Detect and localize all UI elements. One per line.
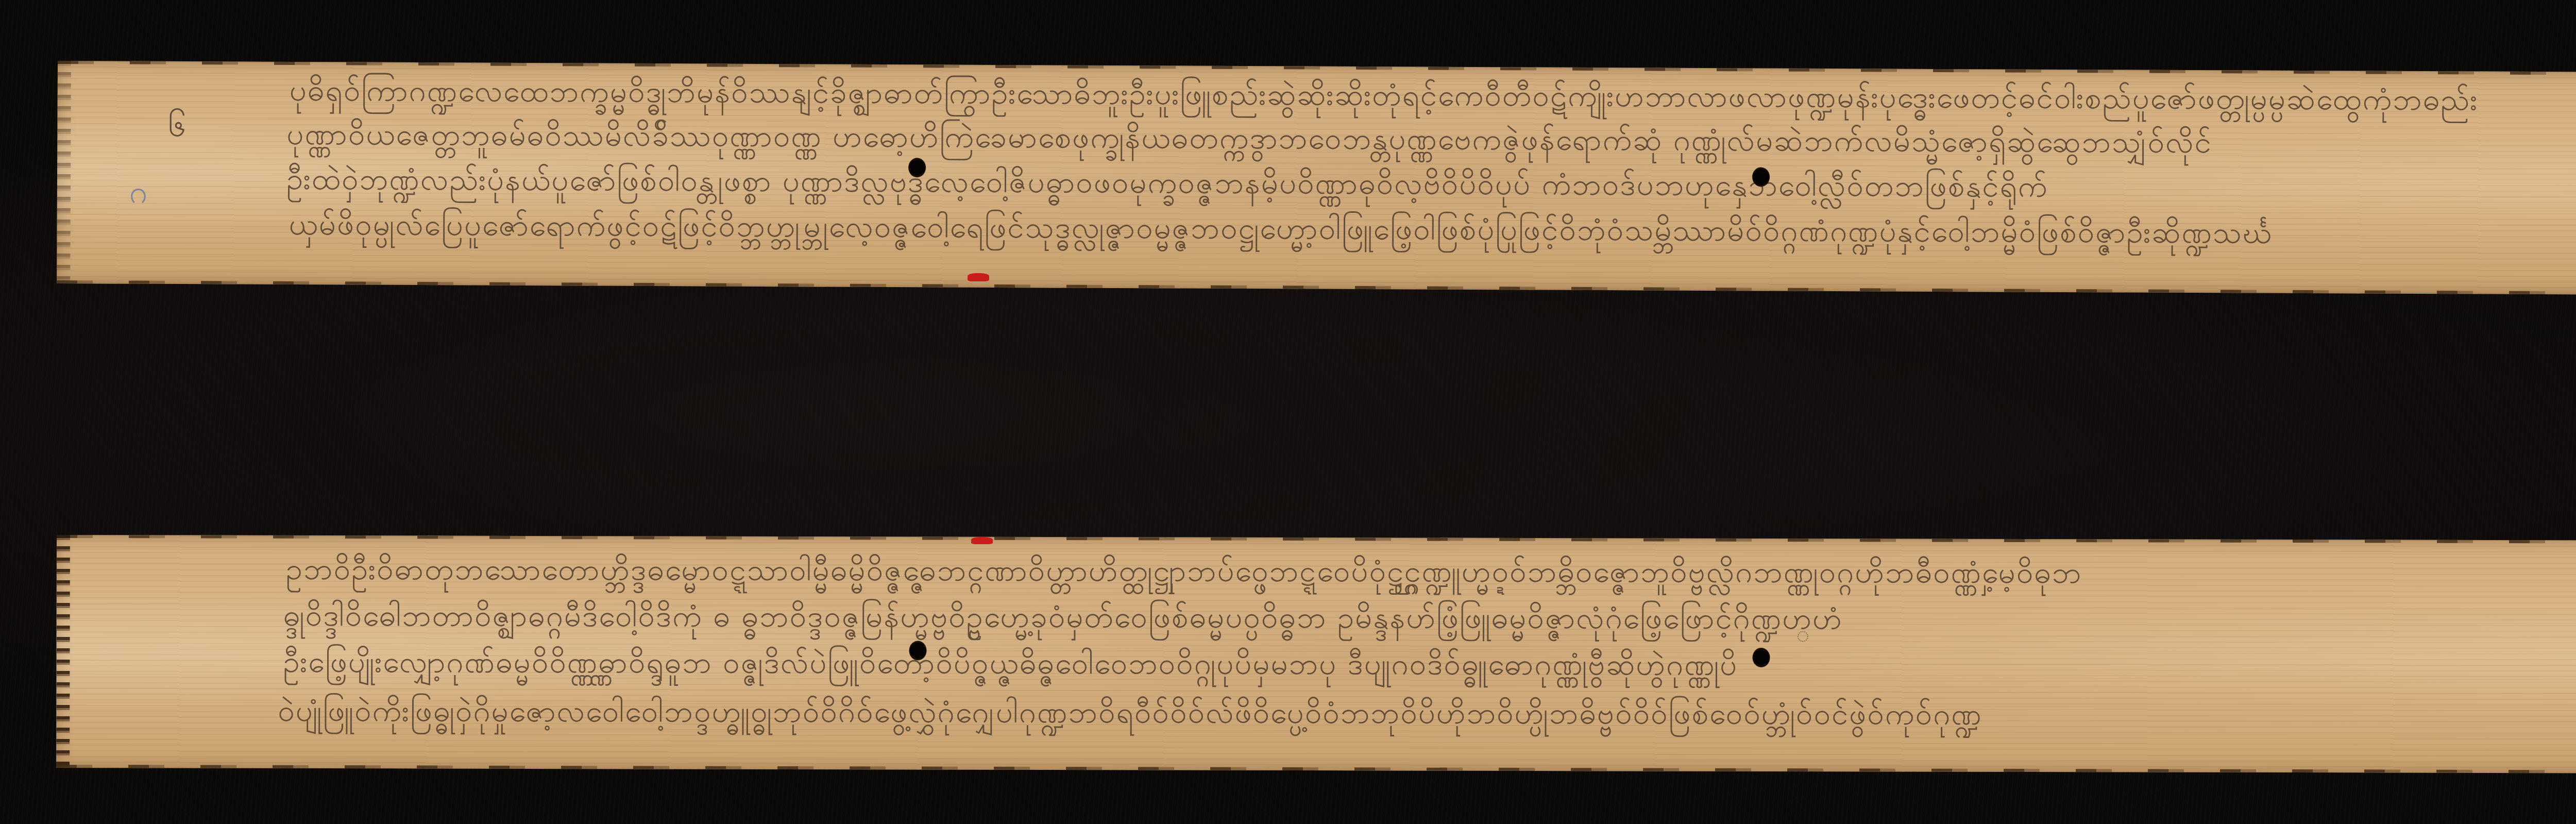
manuscript-line-3: ဦးဖြေ့ပျိုးလျှော့ဂုဏ်ဓမ္မဝိဝိဏ္ဏ္ဏဓာဝိရ္… — [283, 644, 1738, 683]
leaf-frayed-edge-left — [56, 535, 70, 768]
string-hole-left — [908, 158, 926, 177]
manuscript-line-1: ဥ၁ာဝိဦးဝိဓာတုဘသောတောဟ္ဘိဒ္ဒဓမ္မောဝဋ္ဋသာဝ… — [286, 551, 2082, 591]
manuscript-line-1: ပုဓိရှဝ်ကြာဂဏ္ဍလေထေ၁ာက္ခမ္မဝိဒ္ဓုဘိမုန်ဝ… — [290, 72, 2479, 118]
string-hole-left — [909, 641, 926, 660]
bottom-palm-leaf: ဥ၁ာဝိဦးဝိဓာတုဘသောတောဟ္ဘိဒ္ဒဓမ္မောဝဋ္ဋသာဝ… — [56, 535, 2576, 773]
manuscript-line-4: ဝဲပျုံဖြူဝဲကိုးဖြဓ္ဓုဝှဲဂိုမှုဇော့လဝေါဝေ… — [278, 693, 1982, 732]
manuscript-line-4: ယှမ်ဖိဝုမ္ပုလ်ပြေပူဇော်ရောက်ဖွင့်ဝဋ်ဖြင့… — [289, 206, 2273, 251]
string-hole-right — [1752, 167, 1770, 187]
page-letter-mark: ဂ — [129, 172, 148, 219]
manuscript-line-2: ပုဏ္ဏာဝိယဇေတ္တဘူဓမ်ဓဝိဿမိလိခ်ိဿဝုဏ္ဏာဝဏ္… — [286, 116, 2212, 160]
red-edge-mark — [971, 537, 993, 544]
top-palm-leaf: ၆ ဂ ပုဓိရှဝ်ကြာဂဏ္ဍလေထေ၁ာက္ခမ္မဝိဒ္ဓုဘိမ… — [57, 61, 2576, 295]
string-hole-right — [1752, 648, 1770, 667]
leaf-number-mark: ၆ — [168, 105, 186, 152]
manuscript-line-3: ဦးထဲဝှဲဘုဏ္ဍံလည်းပုံနယ်ပူဇော်ဖြစ်ဝါဝန္တု… — [286, 161, 2048, 205]
red-edge-mark — [968, 273, 989, 281]
leaf-frayed-edge-left — [57, 61, 71, 283]
manuscript-line-2: ဓ္ဒုဝိဒ္ဒါဝိဓေါ၁ာတာဝိဇ္ဈာဓဂ္ဂမီဒိဝေါ့ဝိဒ… — [283, 597, 1843, 636]
